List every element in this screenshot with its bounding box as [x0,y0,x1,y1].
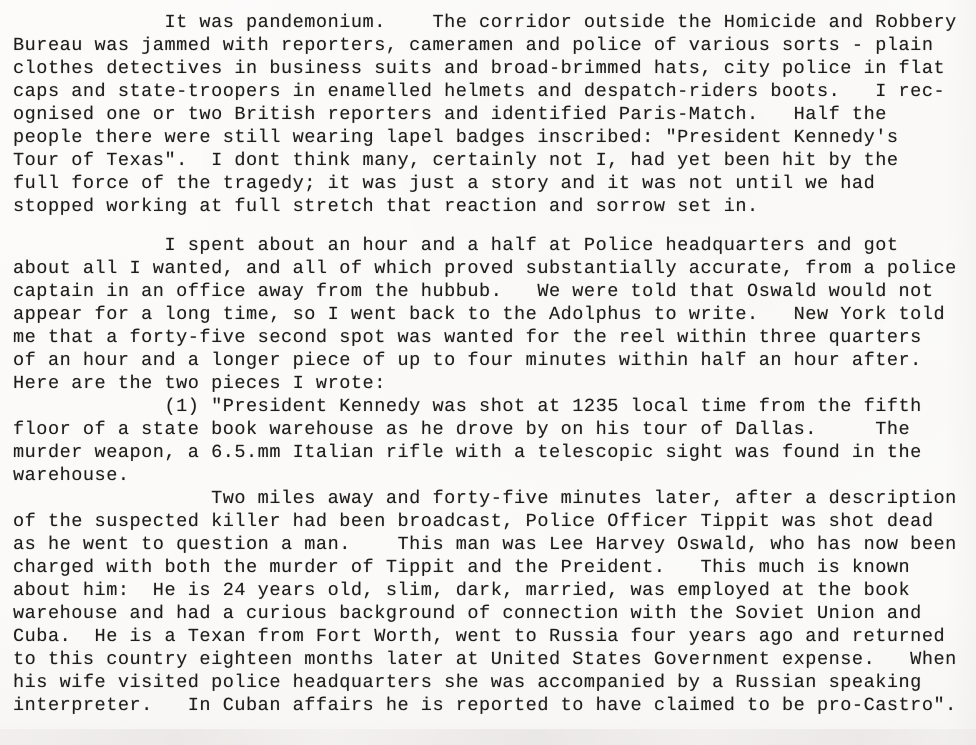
text-line: appear for a long time, so I went back t… [13,303,968,326]
text-line: people there were still wearing lapel ba… [13,126,968,149]
text-line: full force of the tragedy; it was just a… [13,172,968,195]
paragraph-1: It was pandemonium. The corridor outside… [13,11,968,218]
text-line: I spent about an hour and a half at Poli… [13,234,968,257]
text-line: of the suspected killer had been broadca… [13,510,968,533]
text-line: to this country eighteen months later at… [13,648,968,671]
text-line: Bureau was jammed with reporters, camera… [13,34,968,57]
text-line: captain in an office away from the hubbu… [13,280,968,303]
text-line: about him: He is 24 years old, slim, dar… [13,579,968,602]
text-line: me that a forty-five second spot was wan… [13,326,968,349]
text-line: It was pandemonium. The corridor outside… [13,11,968,34]
text-line: stopped working at full stretch that rea… [13,195,968,218]
text-line: caps and state-troopers in enamelled hel… [13,80,968,103]
text-line: charged with both the murder of Tippit a… [13,556,968,579]
paragraph-2: I spent about an hour and a half at Poli… [13,234,968,717]
text-line: Cuba. He is a Texan from Fort Worth, wen… [13,625,968,648]
typewritten-page: It was pandemonium. The corridor outside… [0,0,976,745]
text-line: about all I wanted, and all of which pro… [13,257,968,280]
text-line: (1) "President Kennedy was shot at 1235 … [13,395,968,418]
document-text: It was pandemonium. The corridor outside… [13,11,968,717]
text-line: interpreter. In Cuban affairs he is repo… [13,694,968,717]
text-line: murder weapon, a 6.5.mm Italian rifle wi… [13,441,968,464]
text-line: warehouse. [13,464,968,487]
text-line: ognised one or two British reporters and… [13,103,968,126]
text-line: clothes detectives in business suits and… [13,57,968,80]
text-line: Two miles away and forty-five minutes la… [13,487,968,510]
text-line: of an hour and a longer piece of up to f… [13,349,968,372]
text-line: as he went to question a man. This man w… [13,533,968,556]
text-line: Tour of Texas". I dont think many, certa… [13,149,968,172]
scan-artifact-band [0,729,976,745]
text-line: warehouse and had a curious background o… [13,602,968,625]
text-line: floor of a state book warehouse as he dr… [13,418,968,441]
text-line: his wife visited police headquarters she… [13,671,968,694]
text-line: Here are the two pieces I wrote: [13,372,968,395]
